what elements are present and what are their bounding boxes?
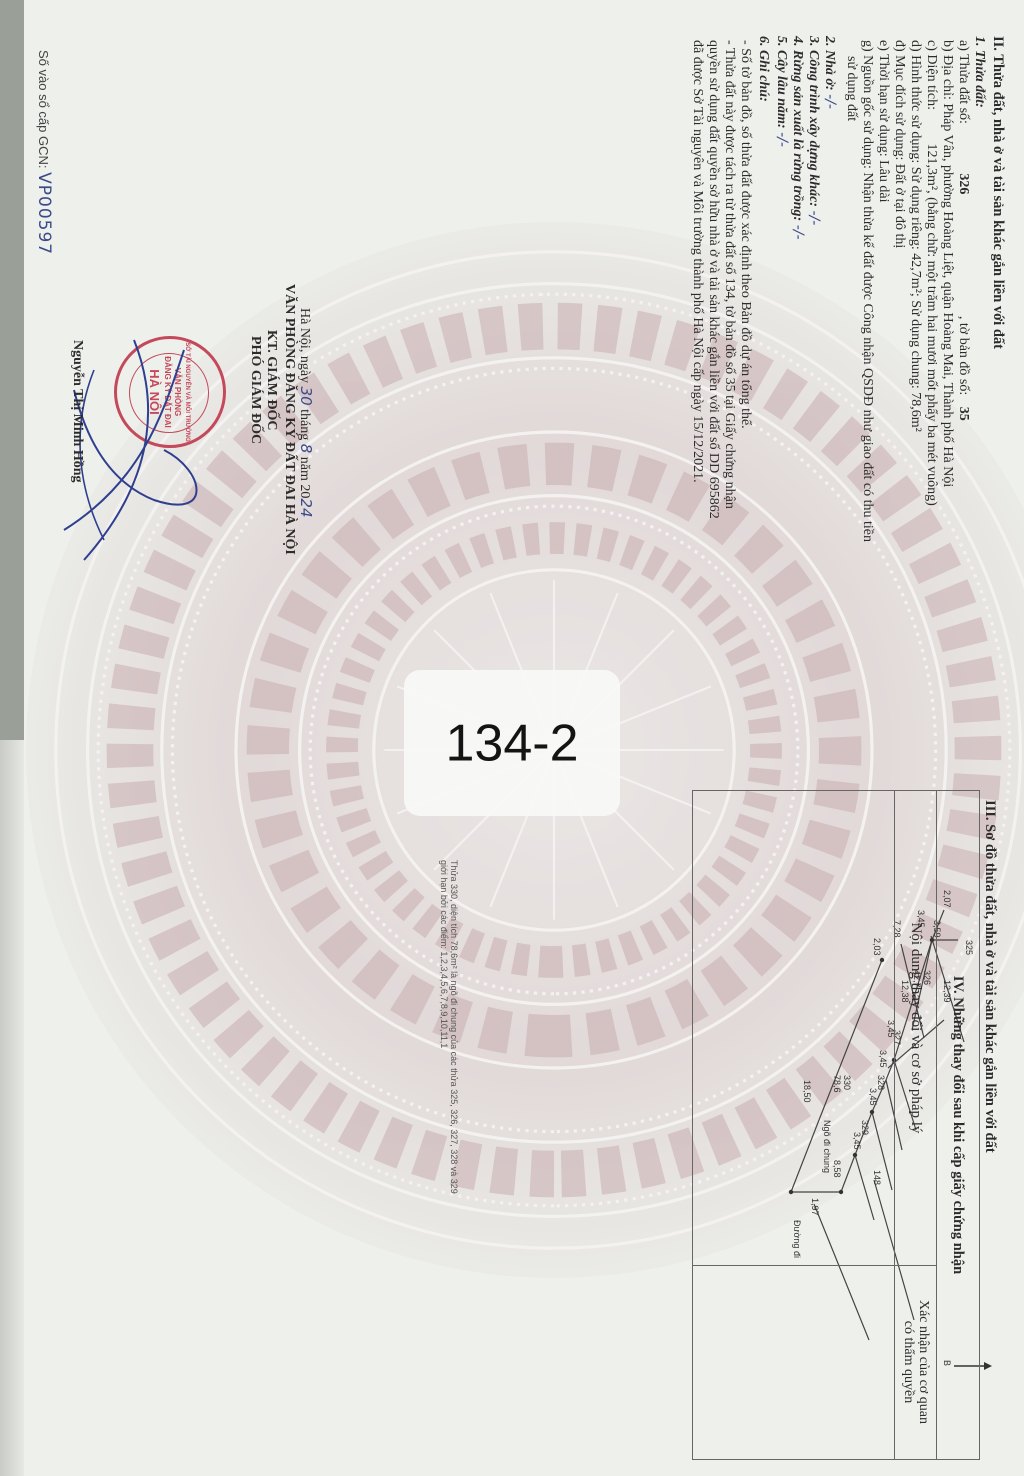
notes-heading: 6. Ghi chú: (755, 36, 772, 102)
issuing-office: VĂN PHÒNG ĐĂNG KÝ ĐẤT ĐAI HÀ NỘI (281, 284, 298, 555)
column-header-change-content: Nội dung thay đổi và cơ sở pháp lý (895, 791, 937, 1265)
parcel-number-row: a) Thửa đất số: 326 , tờ bản đồ số: 35 (955, 40, 972, 421)
signer-name: Nguyễn Thị Minh Hồng (69, 340, 86, 483)
note-line: - Số tờ bản đồ, số thửa đất được xác địn… (737, 40, 754, 429)
usage-form-line: d) Hình thức sử dụng: Sử dụng riêng: 42,… (907, 40, 924, 432)
map-sheet-label: , tờ bản đồ số: (955, 316, 972, 395)
deputy-director-title: PHÓ GIÁM ĐỐC (247, 336, 264, 444)
map-sheet-value: 35 (955, 407, 972, 421)
issue-date: Hà Nội, ngày 30 tháng 8 năm 2024 (296, 308, 314, 518)
forest-value: -/- (790, 225, 806, 240)
note-line: - Thửa đất này được tách ra từ thửa đất … (721, 40, 738, 509)
date-year-label: năm 20 (297, 457, 312, 499)
address-line: b) Địa chỉ: Pháp Vân, phường Hoàng Liệt,… (939, 40, 956, 487)
date-day: 30 (297, 387, 315, 406)
usage-term-line: e) Thời hạn sử dụng: Lâu dài (875, 40, 892, 202)
construction-label: 3. Công trình xây dựng khác: (806, 36, 821, 207)
registry-number: Số vào sổ cấp GCN: VP00597 (34, 50, 54, 255)
land-plot-heading: 1. Thửa đất: (971, 36, 988, 108)
plot-note: Thửa 330, diện tích 78,6m² là ngõ đi chu… (439, 860, 459, 1194)
forest-label: 4. Rừng sản xuất là rừng trồng: (790, 36, 805, 221)
house-value: -/- (822, 94, 838, 109)
column-header-authority-confirmation: Xác nhận của cơ quan có thẩm quyền (895, 1265, 937, 1459)
overlay-label-text: 134-2 (446, 713, 579, 773)
date-month-label: tháng (297, 409, 312, 440)
construction-row: 3. Công trình xây dựng khác: -/- (805, 36, 822, 225)
parcel-number-label: a) Thửa đất số: (956, 40, 971, 124)
forest-row: 4. Rừng sản xuất là rừng trồng: -/- (789, 36, 806, 240)
plot-note-line-1: Thửa 330, diện tích 78,6m² là ngõ đi chu… (449, 860, 459, 1194)
usage-origin-line: g) Nguồn gốc sử dụng: Nhận thừa kế đất đ… (859, 40, 876, 542)
note-line: đã được Sở Tài nguyên và Môi trường thàn… (689, 40, 706, 483)
on-behalf-of-director: KT. GIÁM ĐỐC (263, 330, 280, 430)
usage-purpose-line: đ) Mục đích sử dụng: Đất ở tại đô thị (891, 40, 908, 248)
area-value: 121,3m², (bằng chữ: một trăm hai mươi mố… (923, 143, 940, 505)
date-prefix: Hà Nội, ngày (297, 308, 312, 383)
perennial-value: -/- (774, 132, 790, 147)
overlay-label-badge: 134-2 (404, 670, 620, 816)
note-line: quyền sử dụng đất quyền sở hữu nhà ở và … (705, 40, 722, 519)
registry-label: Số vào sổ cấp GCN: (36, 50, 51, 169)
plot-note-line-2: giới hạn bởi các điểm: 1,2,3,4,5,6,7,8,9… (439, 860, 449, 1194)
house-row: 2. Nhà ở: -/- (821, 36, 838, 109)
perennial-label: 5. Cây lâu năm: (774, 36, 789, 129)
construction-value: -/- (806, 210, 822, 225)
usage-origin-line-2: sử dụng đất (843, 56, 860, 121)
date-month: 8 (297, 444, 315, 454)
perennial-row: 5. Cây lâu năm: -/- (773, 36, 790, 147)
background-surface (0, 0, 24, 740)
date-year: 24 (297, 498, 315, 517)
table-column-divider (693, 1265, 937, 1266)
area-row: c) Diện tích: 121,3m², (bằng chữ: một tr… (923, 40, 940, 506)
certificate-page: II. Thửa đất, nhà ở và tài sản khác gắn … (0, 0, 1024, 1476)
house-label: 2. Nhà ở: (822, 36, 837, 91)
section-iv-title: IV. Những thay đổi sau khi cấp giấy chứn… (950, 976, 967, 1274)
area-label: c) Diện tích: (924, 40, 939, 110)
registry-value: VP00597 (34, 172, 54, 255)
section-ii-title: II. Thửa đất, nhà ở và tài sản khác gắn … (989, 36, 1006, 349)
changes-table: IV. Những thay đổi sau khi cấp giấy chứn… (692, 790, 980, 1460)
parcel-number-value: 326 (955, 173, 972, 194)
